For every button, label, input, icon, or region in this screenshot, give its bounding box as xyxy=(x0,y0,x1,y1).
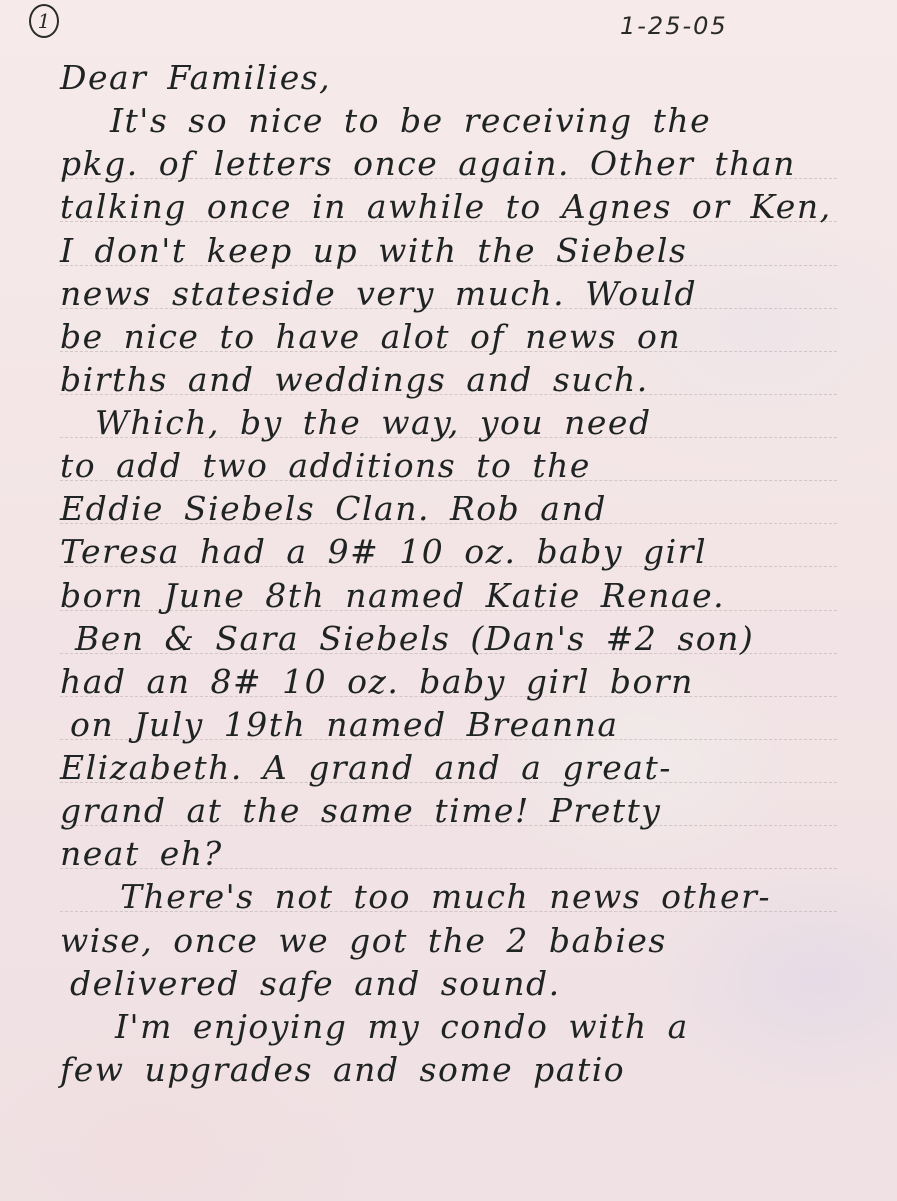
letter-line: born June 8th named Katie Renae. xyxy=(60,576,725,615)
letter-line: be nice to have alot of news on xyxy=(60,317,681,356)
letter-line: to add two additions to the xyxy=(60,446,591,485)
letter-line: neat eh? xyxy=(60,834,223,873)
letter-line: It's so nice to be receiving the xyxy=(110,101,711,140)
letter-line: had an 8# 10 oz. baby girl born xyxy=(60,662,694,701)
letter-line: Elizabeth. A grand and a great- xyxy=(60,748,672,787)
page-number: 1 xyxy=(29,4,59,38)
letter-line: few upgrades and some patio xyxy=(60,1050,625,1089)
letter-line: births and weddings and such. xyxy=(60,360,649,399)
letter-line: news stateside very much. Would xyxy=(60,274,697,313)
letter-line: There's not too much news other- xyxy=(120,877,771,916)
salutation: Dear Families, xyxy=(60,58,331,97)
letter-line: wise, once we got the 2 babies xyxy=(60,921,667,960)
letter-line: Eddie Siebels Clan. Rob and xyxy=(60,489,607,528)
letter-line: pkg. of letters once again. Other than xyxy=(60,144,796,183)
letter-line: delivered safe and sound. xyxy=(70,964,561,1003)
letter-line: Which, by the way, you need xyxy=(95,403,652,442)
letter-line: grand at the same time! Pretty xyxy=(60,791,661,830)
letter-line: I'm enjoying my condo with a xyxy=(115,1007,689,1046)
letter-line: Ben & Sara Siebels (Dan's #2 son) xyxy=(75,619,754,658)
letter-line: Teresa had a 9# 10 oz. baby girl xyxy=(60,532,707,571)
letter-date: 1-25-05 xyxy=(620,12,728,40)
letter-line: on July 19th named Breanna xyxy=(70,705,619,744)
letter-line: I don't keep up with the Siebels xyxy=(60,231,687,270)
letter-line: talking once in awhile to Agnes or Ken, xyxy=(60,187,832,226)
